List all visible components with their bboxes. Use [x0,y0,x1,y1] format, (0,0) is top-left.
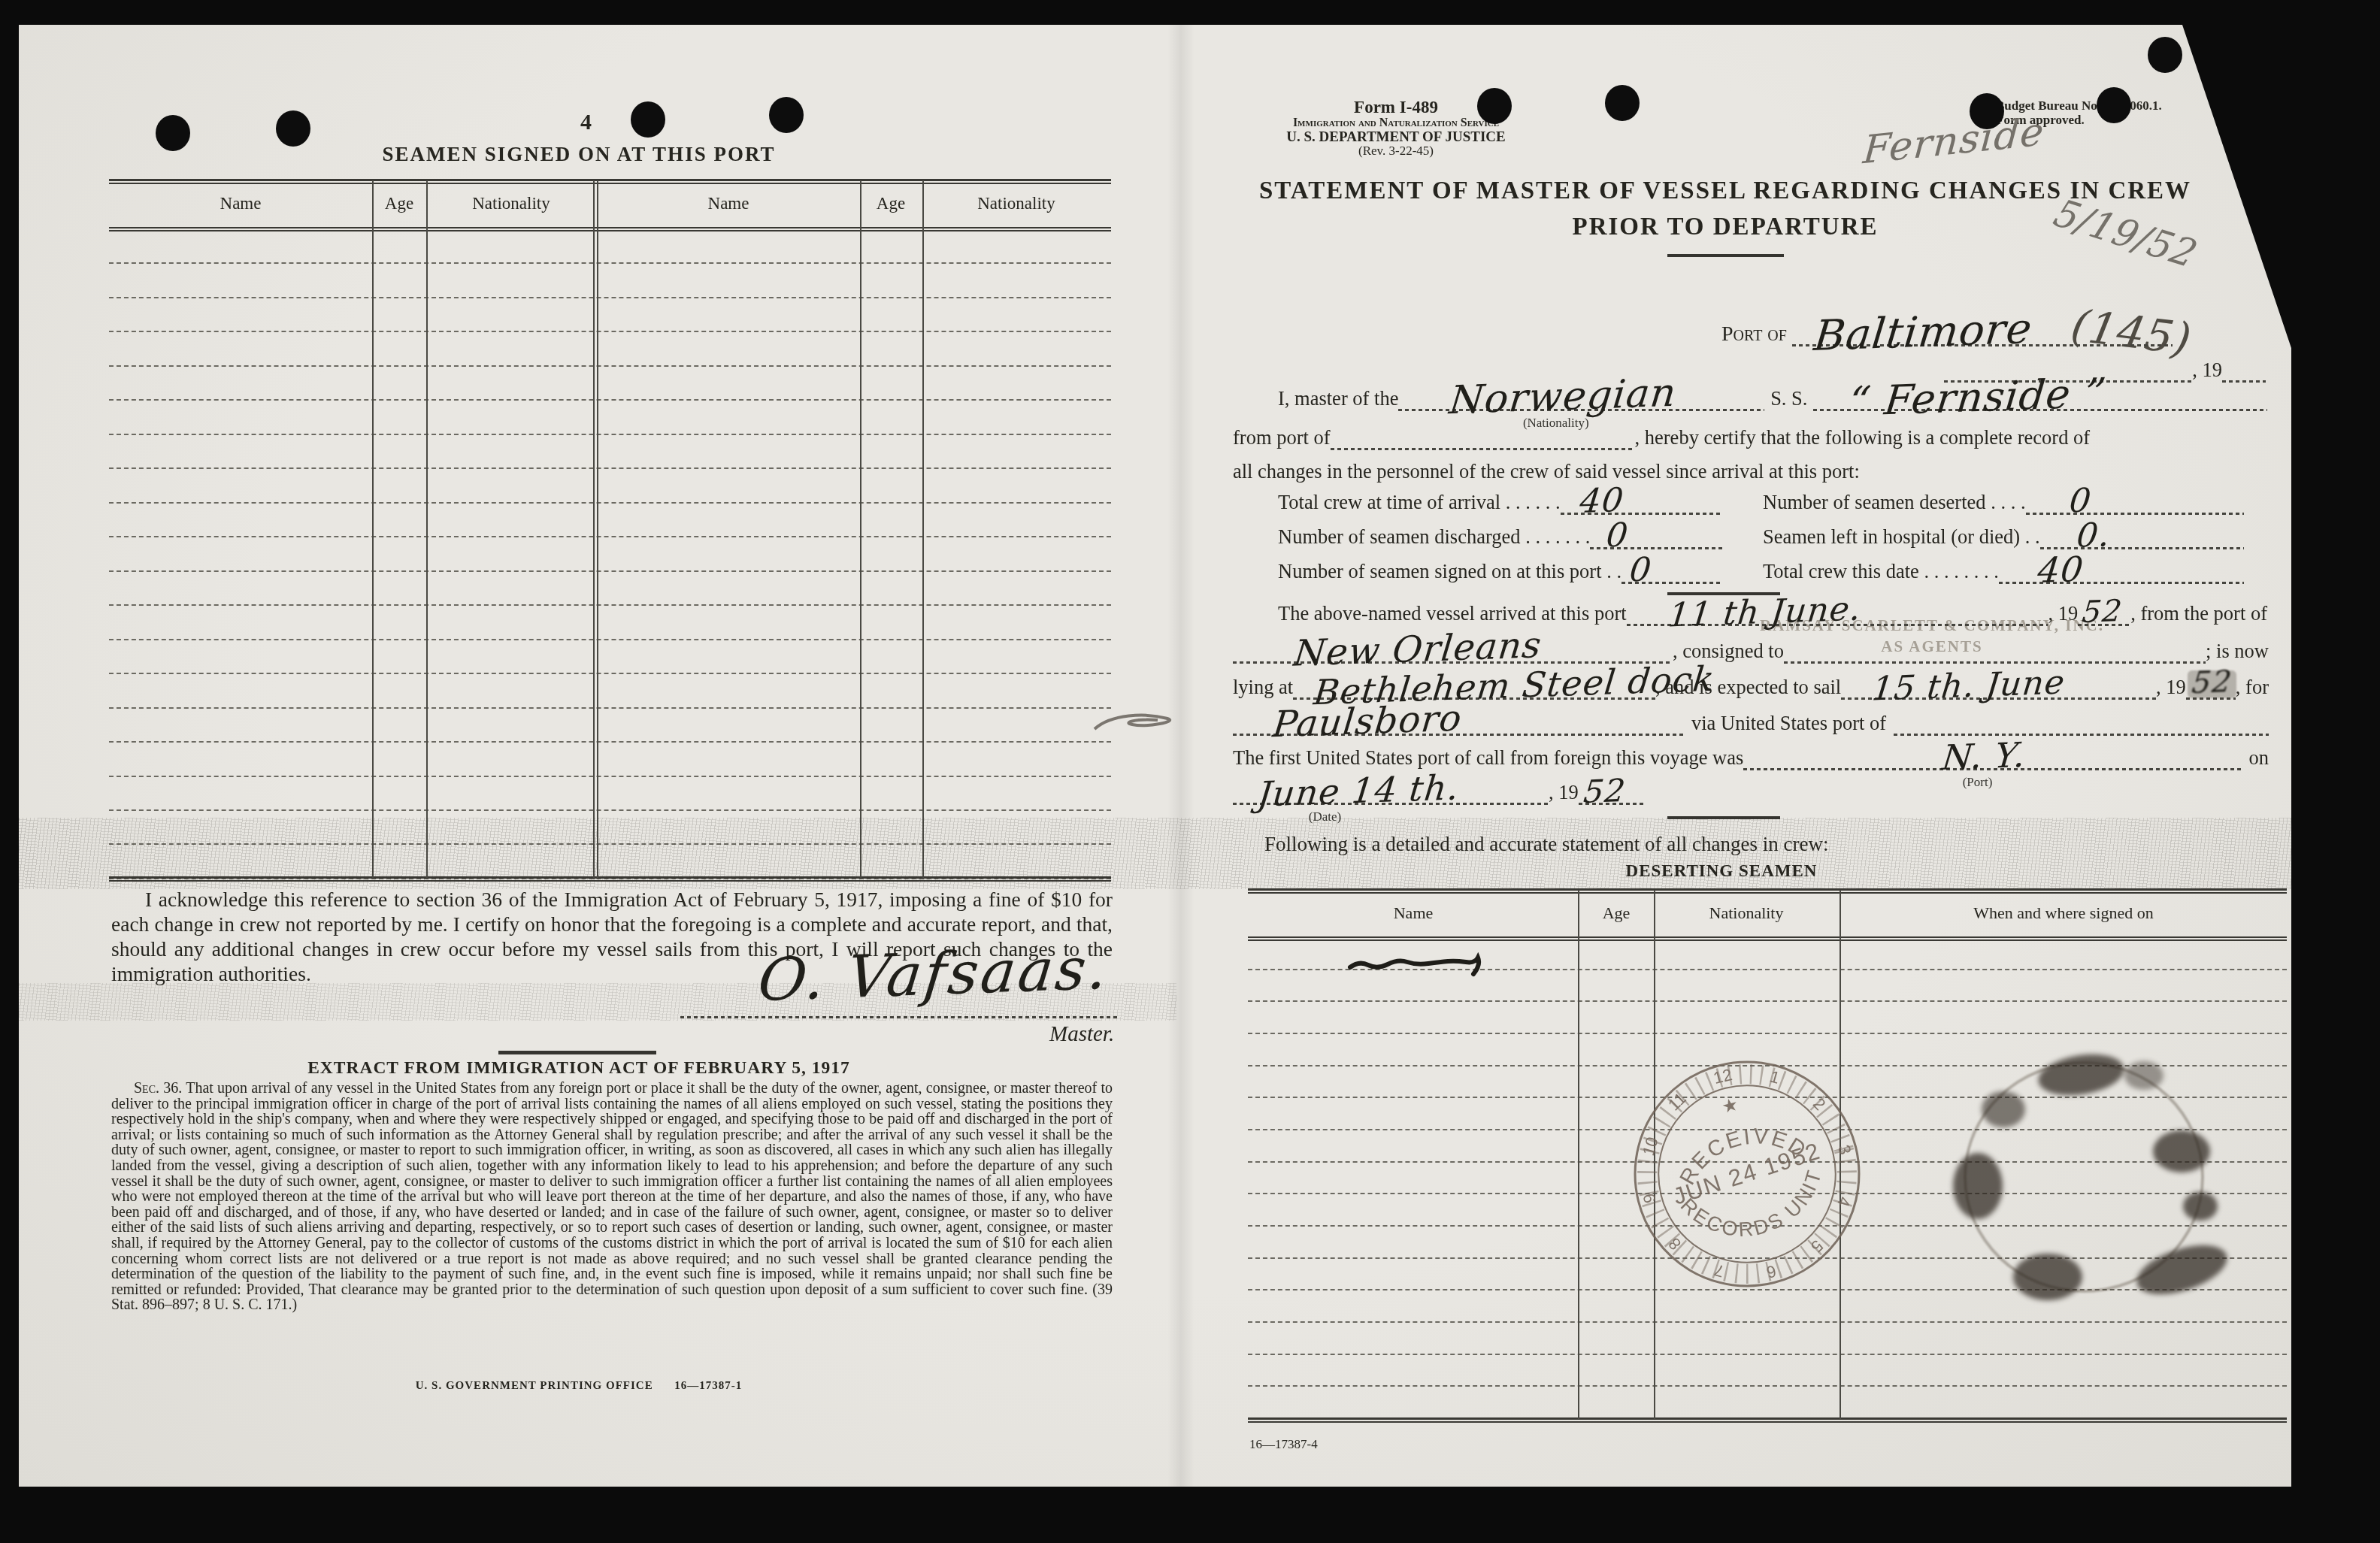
form-title-line1: STATEMENT OF MASTER OF VESSEL REGARDING … [1237,177,2214,205]
first-port-label: The first United States port of call fro… [1233,746,1743,770]
sail-date-field: 15 th. June [1841,692,2156,700]
first-port-date-field: June 14 th. (Date) [1233,797,1549,805]
hole-punch [631,101,665,138]
table-row [109,674,1111,708]
table-row [109,504,1111,537]
hole-punch [1605,85,1640,121]
smudged-stamp [1964,1061,2204,1293]
stamp-rim-number: 3 [1834,1143,1855,1157]
stamp-rim-number: 5 [1807,1236,1827,1257]
table-rule [109,227,1111,231]
vessel-field: “ Fernside ” [1813,404,2267,411]
extract-heading: EXTRACT FROM IMMIGRATION ACT OF FEBRUARY… [203,1058,955,1079]
ink-smudge [2124,1061,2163,1090]
from-port-label: from port of [1233,425,1331,450]
column-header: Name [616,194,841,213]
table-row [109,435,1111,469]
from-port-blank [1331,443,1635,450]
hole-punch [276,110,310,147]
stat-label: Number of seamen deserted . . . . [1763,490,2026,515]
lying-at-label: lying at [1233,675,1293,700]
port-of-label: Port of [1721,322,1787,346]
destination-value: Paulsboro [1272,706,1464,738]
signature-line [680,1016,1118,1018]
section-divider [498,1051,656,1054]
from-port-value: New Orleans [1292,633,1543,666]
consigned-field [1784,656,2206,664]
table-rule [109,876,1111,882]
table-row [1248,1323,2287,1355]
hole-punch [1477,88,1512,124]
stamp-rim-number: 4 [1833,1195,1854,1209]
first-port-value: N. Y. [1941,743,2027,770]
stat-value: 0 [1628,558,1653,583]
nationality-value: Norwegian [1448,381,1677,413]
nationality-field: Norwegian (Nationality) [1398,404,1764,411]
from-the-port-label: , from the port of [2130,601,2267,626]
arrival-year-field: 52 [2078,619,2130,626]
table-row [109,264,1111,298]
hole-punch [769,97,804,133]
table-row [109,332,1111,366]
arrival-year-value: 52 [2081,599,2124,625]
for-label: , for [2236,675,2269,700]
scribbled-out-name [1346,943,1496,985]
on-label: on [2242,746,2269,770]
hole-punch [1970,93,2004,129]
year-19-label: , 19 [2192,358,2222,383]
page-number: 4 [580,110,592,135]
table-row [109,777,1111,811]
stat-value: 40 [2036,557,2085,583]
table-row [109,572,1111,606]
sail-year-field: 52 [2186,692,2236,700]
smudge-mark: 52 [2188,670,2236,698]
ink-smudge [1982,1091,2025,1127]
hole-punch [2148,37,2182,73]
signature-title: Master. [1049,1022,1114,1047]
column-header: Nationality [1671,903,1821,923]
stat-field: 0 [2026,507,2244,515]
seamen-table-body [109,230,1111,879]
table-row [1248,1355,2287,1387]
port-of-value: Baltimore [1813,316,2033,349]
stamp-rim-number: 10 [1639,1135,1662,1158]
budget-bureau-line: Budget Bureau No. 43-R060.1. [1996,98,2162,113]
table-column-line [593,180,598,879]
port-of-field: Baltimore [1792,339,2173,346]
year-19-label: , 19 [1549,780,1579,805]
via-port-field [1894,728,2269,736]
table-row [109,606,1111,640]
table-row [109,845,1111,879]
scan-corner-shadow [2182,25,2291,348]
arrival-label: The above-named vessel arrived at this p… [1278,601,1627,626]
pencil-scribble [1089,708,1194,742]
sail-date-value: 15 th. June [1871,670,2067,702]
first-port-year-field: 52 [1579,797,1646,805]
certify-text: , hereby certify that the following is a… [1635,425,2091,450]
page-fold [1167,25,1195,1487]
stat-field: 40 [1999,576,2244,584]
deserting-seamen-heading: DESERTING SEAMEN [1571,861,1872,881]
table-rule [1248,936,2287,941]
table-row [109,469,1111,503]
table-column-line [1578,890,1579,1419]
table-column-line [372,180,374,879]
ink-smudge [2183,1192,2218,1221]
stat-label: Total crew at time of arrival . . . . . … [1278,490,1561,515]
table-row [109,537,1111,571]
table-row [1248,1387,2287,1419]
extract-text: That upon arrival of any vessel in the U… [111,1080,1113,1313]
stat-value: 0. [2076,522,2112,549]
stat-label: Total crew this date . . . . . . . . [1763,559,1999,584]
extract-body: Sec. 36. That upon arrival of any vessel… [111,1081,1113,1313]
table-rule [1248,1417,2287,1423]
year-blank [2222,375,2266,383]
ss-label: S. S. [1764,386,1813,411]
column-header: Nationality [941,194,1092,213]
form-title-line2: PRIOR TO DEPARTURE [1237,213,2214,241]
stat-field: 0. [2040,542,2244,549]
column-header: Age [1579,903,1654,923]
column-header: When and where signed on [1913,903,2214,923]
title-divider [1667,254,1784,257]
table-rule [109,179,1111,184]
table-row [109,743,1111,776]
column-header: Name [128,194,353,213]
scanned-document: 4 SEAMEN SIGNED ON AT THIS PORT Name Age… [0,0,2380,1543]
revision-note: (Rev. 3-22-45) [1272,144,1520,159]
column-header: Name [1301,903,1526,923]
sail-year-value: 52 [2191,670,2234,696]
ink-smudge [1953,1153,2003,1219]
stat-field: 40 [1561,507,1723,515]
first-port-field: N. Y. (Port) [1743,763,2241,770]
via-label: via United States port of [1684,711,1894,736]
left-page-footer: U. S. GOVERNMENT PRINTING OFFICE 16—1738… [278,1380,880,1393]
ink-smudge [2013,1254,2082,1300]
right-page-footer: 16—17387-4 [1249,1437,1318,1452]
certify-text2: all changes in the personnel of the crew… [1233,460,1860,483]
extract-section-label: Sec. 36. [111,1080,182,1097]
first-port-year-value: 52 [1582,778,1627,804]
stat-label: Seamen left in hospital (or died) . . [1763,525,2040,549]
table-row [109,401,1111,434]
stat-value: 40 [1579,488,1625,514]
table-rule [1248,888,2287,894]
table-column-line [860,180,861,879]
lying-at-value: Bethlehem Steel dock [1313,667,1715,706]
stamp-star-icon: ★ [1720,1094,1741,1118]
table-row [1248,1002,2287,1034]
column-header: Nationality [436,194,586,213]
table-column-line [426,180,428,879]
year-19-label: , 19 [2048,601,2078,626]
hole-punch [156,115,190,151]
stat-value: 0 [2068,489,2093,514]
master-signature: O. Vafsaas. [755,935,1113,1015]
stat-label: Number of seamen signed on at this port … [1278,559,1621,584]
vessel-value: “ Fernside ” [1848,380,2107,414]
table-row [109,709,1111,743]
ink-smudge [2153,1130,2210,1172]
hole-punch [2097,87,2131,123]
stat-field: 0 [1621,576,1723,584]
arrival-date-field: 11 th June. [1627,619,2048,626]
stat-field: 0 [1590,542,1723,549]
year-19-label: , 19 [2156,675,2186,700]
stamp-rim-number: 2 [1809,1094,1830,1114]
master-label: I, master of the [1278,386,1398,411]
is-now-label: ; is now [2206,639,2269,664]
table-row [109,367,1111,401]
table-row [109,230,1111,264]
lying-at-field: Bethlehem Steel dock [1293,692,1655,700]
stat-label: Number of seamen discharged . . . . . . … [1278,525,1590,549]
left-page-title: SEAMEN SIGNED ON AT THIS PORT [316,143,842,166]
table-column-line [922,180,924,879]
arrival-date-value: 11 th June. [1667,597,1862,628]
destination-field: Paulsboro [1233,728,1684,736]
table-row [109,298,1111,332]
first-port-date-value: June 14 th. [1256,775,1460,806]
column-header: Age [853,194,928,213]
stat-value: 0 [1605,523,1630,549]
table-row [109,811,1111,845]
table-row [1248,1290,2287,1323]
table-row [109,640,1111,674]
